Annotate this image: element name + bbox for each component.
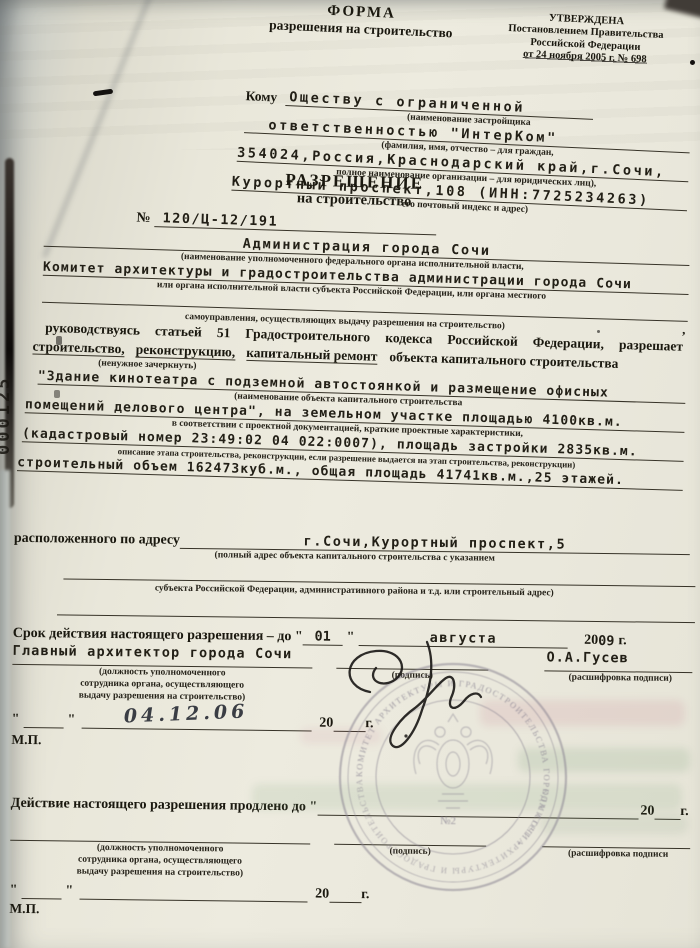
ink-speck-3 [597,330,600,333]
ext-day-blank [21,898,61,899]
option-reconstruction: реконструкцию, [136,342,236,361]
ext-position-caption: (должность уполномоченного сотрудника ор… [10,841,310,881]
ink-speck-5 [54,390,60,398]
blank-address-line2 [57,614,695,623]
issue-day-blank [23,727,63,728]
issue-open-quote: " [12,712,20,728]
position-caption: (должность уполномоченного сотрудника ор… [12,665,312,705]
ext-date-blank [79,882,307,903]
option-construction: строительство, [32,339,125,358]
addressee-label: Кому [245,88,277,105]
issue-date-line: 04.12.06 [81,710,311,732]
ink-speck-4 [56,336,62,345]
validity-year-prefix: 20 [584,633,598,649]
ink-speck-2 [690,60,695,65]
permit-number-row: № 120/Ц-12/191 [136,210,436,236]
number-label: № [136,211,151,227]
margin-stamp-number: 000125 [0,376,14,455]
main-section: РАЗРЕШЕНИЕ на строительство № 120/Ц-12/1… [3,162,698,491]
issue-close-quote: " [67,713,75,729]
signature-ink [330,638,505,763]
handwritten-date: 04.12.06 [123,700,248,727]
permit-number: 120/Ц-12/191 [154,210,436,235]
scanned-building-permit: { "colors":{"paper":"#ebe9dc","ink":"#1a… [0,0,700,948]
approved-block: УТВЕРЖДЕНА Постановлением Правительства … [476,10,696,69]
ext-close-quote: " [65,883,73,899]
validity-year-suffix: г. [618,633,626,649]
address-label: расположенного по адресу [14,531,180,549]
option-capital-repair: капитальный ремонт [246,345,378,365]
ext-open-quote: " [10,883,18,899]
stamp-number-mark: №2 [440,815,456,827]
authority-trailing-comma: , [682,322,686,338]
validity-year: 09 [598,633,614,649]
signatory-position: Главный архитектор города Сочи [12,643,292,662]
